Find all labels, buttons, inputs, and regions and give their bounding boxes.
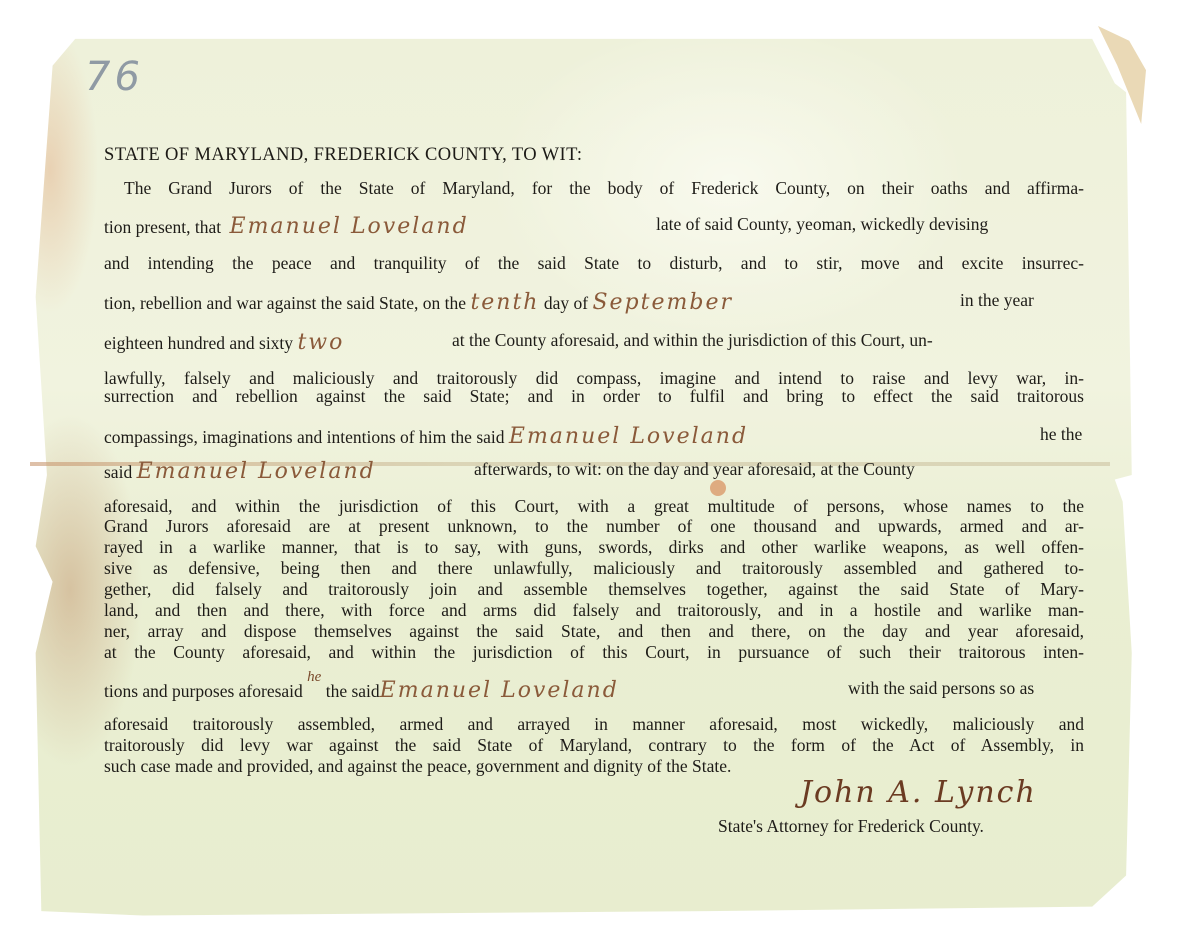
signature: John A. Lynch [800, 775, 1037, 810]
text-line: such case made and provided, and against… [104, 756, 1084, 777]
text-line: eighteen hundred and sixty two at the Co… [104, 330, 1084, 355]
text-line: tion present, that Emanuel Loveland late… [104, 214, 1084, 239]
text-line: tions and purposes aforesaid he the said… [104, 678, 1084, 703]
text-line: said Emanuel Loveland afterwards, to wit… [104, 459, 1084, 484]
text-line: traitorously did levy war against the sa… [104, 735, 1084, 756]
handwritten-name: Emanuel Loveland [509, 424, 748, 449]
text-line: land, and then and there, with force and… [104, 600, 1084, 621]
text-line: and intending the peace and tranquility … [104, 253, 1084, 274]
document-heading: STATE OF MARYLAND, FREDERICK COUNTY, TO … [104, 145, 582, 166]
text-line: surrection and rebellion against the sai… [104, 386, 1084, 407]
text-line: compassings, imaginations and intentions… [104, 424, 1084, 449]
handwritten-month: September [592, 290, 733, 315]
text-line: aforesaid traitorously assembled, armed … [104, 714, 1084, 735]
text-line: aforesaid, and within the jurisdiction o… [104, 496, 1084, 517]
text-line: at the County aforesaid, and within the … [104, 642, 1084, 663]
handwritten-name: Emanuel Loveland [137, 459, 376, 484]
text-line: The Grand Jurors of the State of Marylan… [124, 178, 1084, 199]
handwritten-year: two [297, 330, 344, 355]
text-line: sive as defensive, being then and there … [104, 558, 1084, 579]
handwritten-name: Emanuel Loveland [230, 214, 469, 239]
text-line: Grand Jurors aforesaid are at present un… [104, 516, 1084, 537]
pencil-page-number: 76 [85, 54, 144, 100]
text-line: gether, did falsely and traitorously joi… [104, 579, 1084, 600]
handwritten-day: tenth [470, 290, 539, 315]
signature-title: State's Attorney for Frederick County. [718, 816, 984, 837]
text-line: ner, array and dispose themselves agains… [104, 621, 1084, 642]
text-line: tion, rebellion and war against the said… [104, 290, 1084, 315]
text-line: rayed in a warlike manner, that is to sa… [104, 537, 1084, 558]
handwritten-name: Emanuel Loveland [380, 678, 619, 703]
handwritten-insertion: he [307, 669, 321, 685]
